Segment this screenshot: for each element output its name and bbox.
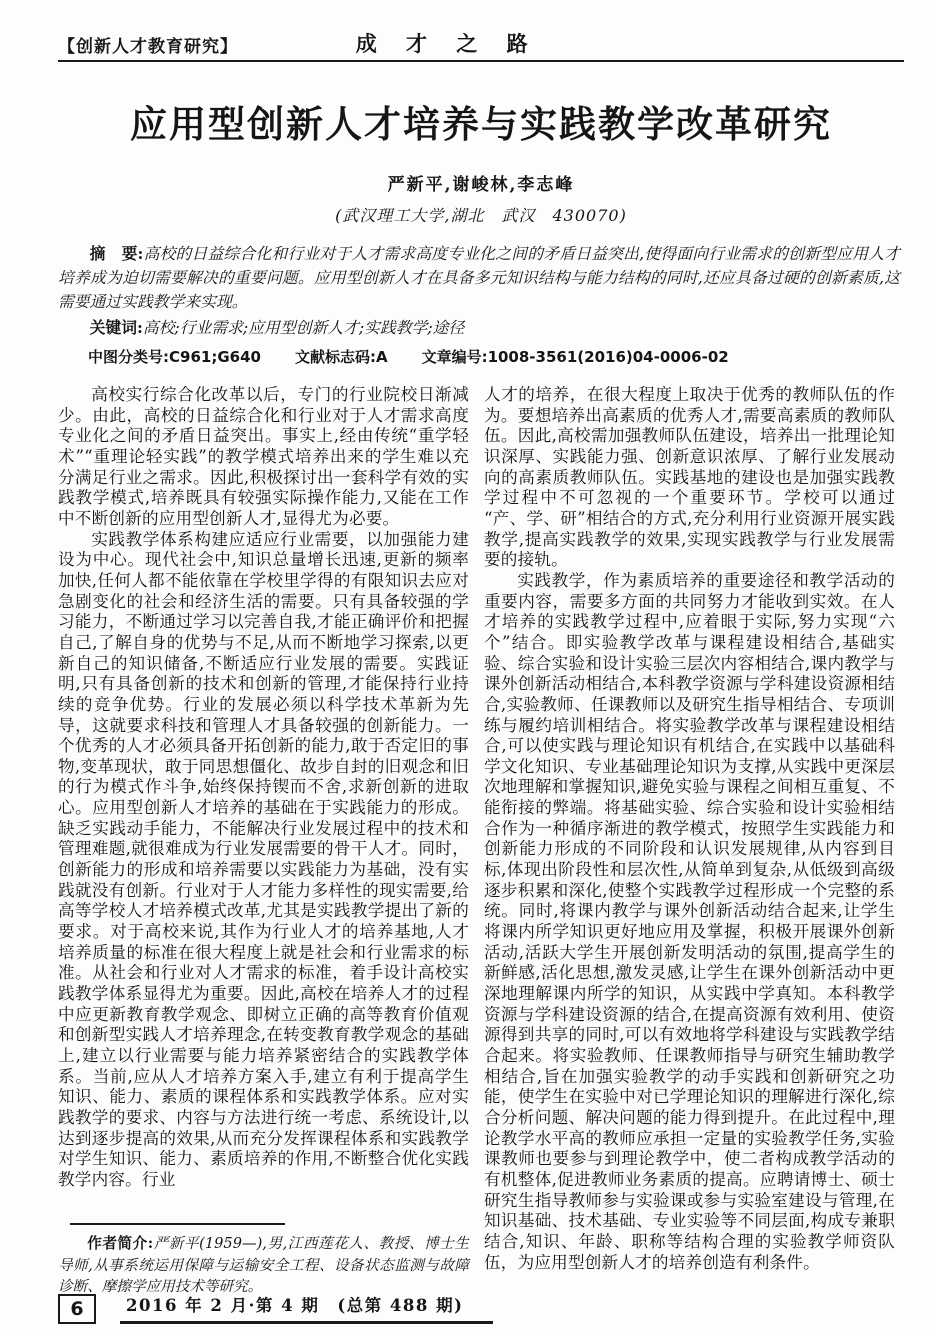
keywords-line: 关键词:高校;行业需求;应用型创新人才;实践教学;途径: [58, 316, 904, 340]
doc-code-value: A: [376, 348, 388, 366]
journal-name: 成 才 之 路: [356, 28, 539, 58]
abstract-text: 高校的日益综合化和行业对于人才需求高度专业化之间的矛盾日益突出,使得面向行业需求…: [58, 244, 900, 311]
author-bio-footnote: 作者简介:严新平(1959—),男,江西莲花人、教授、博士生导师,从事系统运用保…: [58, 1233, 469, 1298]
abstract-label: 摘 要:: [90, 244, 144, 263]
page-header: 【创新人才教育研究】 成 才 之 路: [58, 14, 904, 62]
body-paragraph: 实践教学，作为素质培养的重要途径和教学活动的重要内容，需要多方面的共同努力才能收…: [484, 571, 895, 1273]
body-columns: 高校实行综合化改革以后，专门的行业院校日渐减少。由此，高校的日益综合化和行业对于…: [58, 385, 904, 1333]
scanned-paper-page: 【创新人才教育研究】 成 才 之 路 应用型创新人才培养与实践教学改革研究 严新…: [0, 0, 934, 1336]
footnote-separator: [70, 1223, 285, 1225]
body-paragraph: 高校实行综合化改革以后，专门的行业院校日渐减少。由此，高校的日益综合化和行业对于…: [58, 385, 469, 530]
clc-label: 中图分类号:: [88, 348, 169, 366]
doc-code-label: 文献标志码:: [295, 348, 376, 366]
page-number-box: 6: [58, 1294, 96, 1324]
body-paragraph: 实践教学体系构建应适应行业需要，以加强能力建设为中心。现代社会中,知识总量增长迅…: [58, 530, 469, 1191]
body-paragraph: 人才的培养，在很大程度上取决于优秀的教师队伍的作为。要想培养出高素质的优秀人才,…: [484, 385, 895, 571]
article-authors: 严新平,谢峻林,李志峰: [58, 170, 904, 195]
keywords-text: 高校;行业需求;应用型创新人才;实践教学;途径: [143, 318, 464, 337]
page-number: 6: [70, 1298, 83, 1320]
classification-line: 中图分类号:C961;G640文献标志码:A文章编号:1008-3561(201…: [58, 345, 904, 369]
article-title: 应用型创新人才培养与实践教学改革研究: [58, 94, 904, 148]
section-label: 【创新人才教育研究】: [58, 32, 238, 57]
clc-value: C961;G640: [169, 348, 261, 366]
abstract-paragraph: 摘 要:高校的日益综合化和行业对于人才需求高度专业化之间的矛盾日益突出,使得面向…: [58, 242, 900, 314]
author-bio-label: 作者简介:: [87, 1235, 153, 1252]
right-column: 人才的培养，在很大程度上取决于优秀的教师队伍的作为。要想培养出高素质的优秀人才,…: [484, 385, 895, 1333]
article-affiliation: (武汉理工大学,湖北 武汉 430070): [58, 203, 904, 226]
keywords-label: 关键词:: [90, 318, 143, 337]
article-id-label: 文章编号:: [422, 348, 488, 366]
article-id-value: 1008-3561(2016)04-0006-02: [488, 348, 729, 366]
left-column-text: 高校实行综合化改革以后，专门的行业院校日渐减少。由此，高校的日益综合化和行业对于…: [58, 385, 469, 1209]
left-column: 高校实行综合化改革以后，专门的行业院校日渐减少。由此，高校的日益综合化和行业对于…: [58, 385, 469, 1333]
page-footer: 6 2016 年 2 月·第 4 期 (总第 488 期): [58, 1292, 493, 1324]
article-meta-block: 摘 要:高校的日益综合化和行业对于人才需求高度专业化之间的矛盾日益突出,使得面向…: [58, 242, 904, 369]
issue-info: 2016 年 2 月·第 4 期 (总第 488 期): [120, 1292, 493, 1324]
